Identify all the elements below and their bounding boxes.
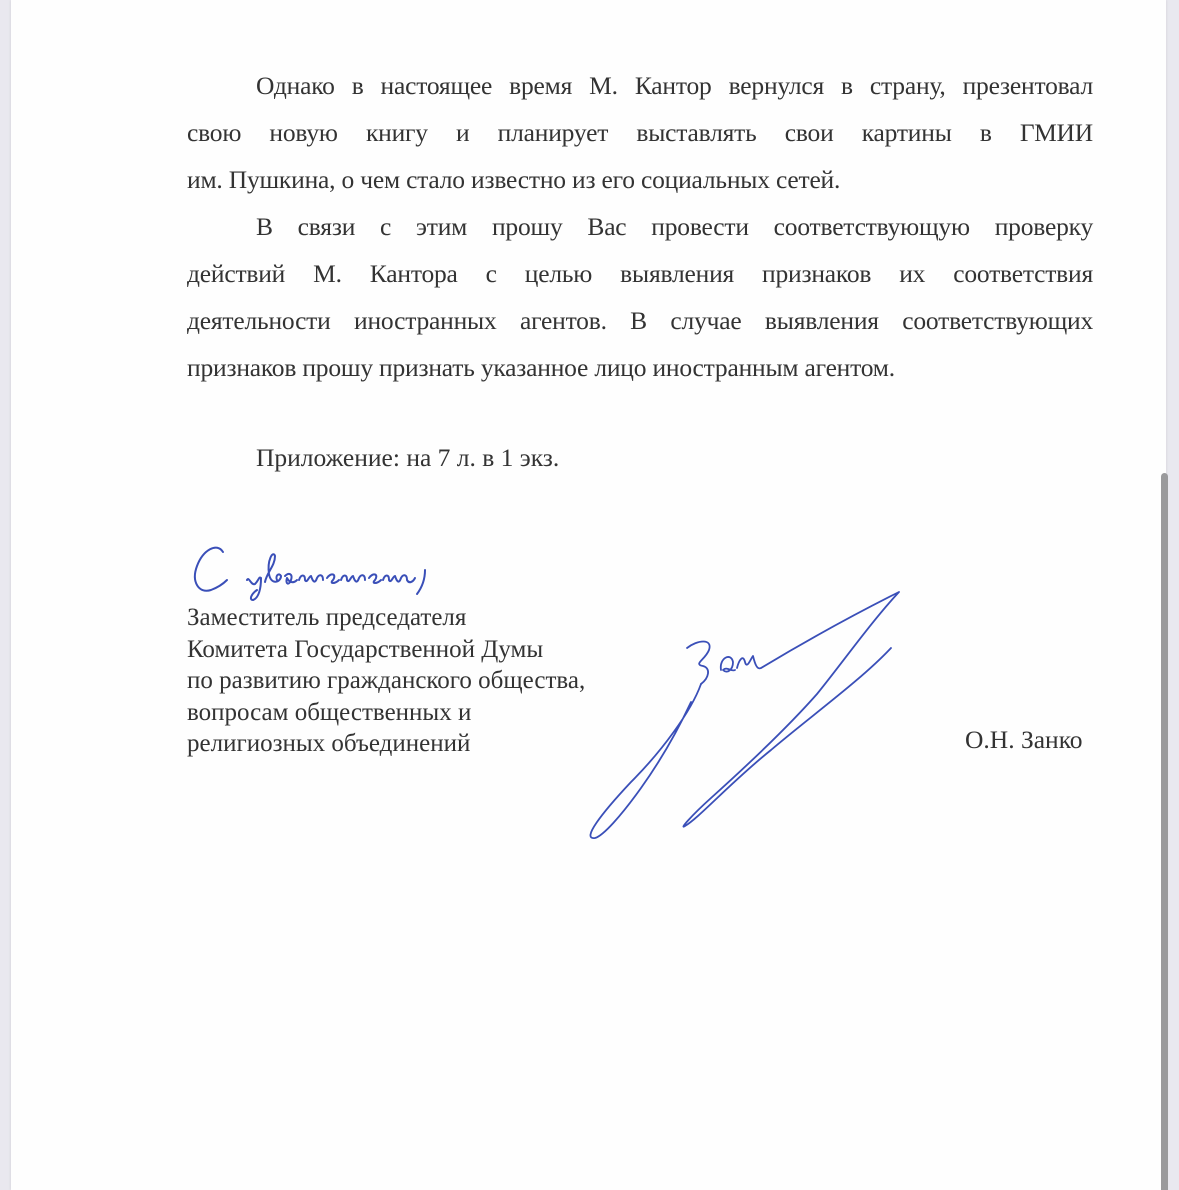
attachment-note: Приложение: на 7 л. в 1 экз. bbox=[256, 443, 559, 473]
paragraph-line: Однако в настоящее время М. Кантор верну… bbox=[187, 62, 1093, 109]
signer-title-line: по развитию гражданского общества, bbox=[187, 665, 585, 697]
document-page: Однако в настоящее время М. Кантор верну… bbox=[11, 0, 1166, 1190]
scrollbar-thumb[interactable] bbox=[1161, 473, 1168, 1190]
paragraph-line: действий М. Кантора с целью выявления пр… bbox=[187, 250, 1093, 297]
paragraph-line: деятельности иностранных агентов. В случ… bbox=[187, 297, 1093, 344]
signer-title: Заместитель председателя Комитета Госуда… bbox=[187, 602, 585, 760]
paragraph-line: свою новую книгу и планирует выставлять … bbox=[187, 109, 1093, 156]
paragraph-line: признаков прошу признать указанное лицо … bbox=[187, 344, 1093, 391]
signer-title-line: Комитета Государственной Думы bbox=[187, 634, 585, 666]
signer-title-line: вопросам общественных и bbox=[187, 697, 585, 729]
paragraph-return-of-kantor: Однако в настоящее время М. Кантор верну… bbox=[187, 62, 1093, 203]
paragraph-line: В связи с этим прошу Вас провести соотве… bbox=[187, 203, 1093, 250]
handwritten-greeting bbox=[189, 536, 489, 606]
paragraph-line: им. Пушкина, о чем стало известно из его… bbox=[187, 156, 1093, 203]
signer-title-line: Заместитель председателя bbox=[187, 602, 585, 634]
signer-title-line: религиозных объединений bbox=[187, 728, 585, 760]
paragraph-request: В связи с этим прошу Вас провести соотве… bbox=[187, 203, 1093, 391]
signer-name: О.Н. Занко bbox=[965, 725, 1083, 755]
handwritten-signature bbox=[581, 582, 921, 852]
